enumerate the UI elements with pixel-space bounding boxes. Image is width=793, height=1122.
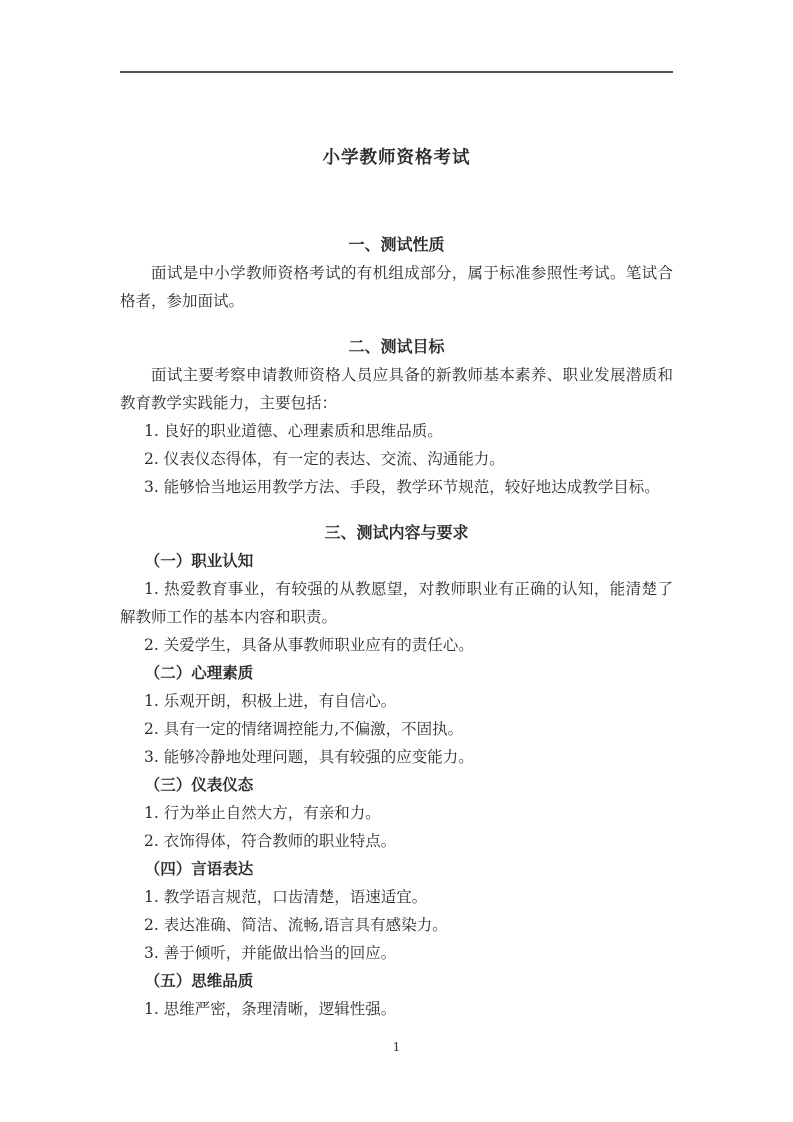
subsection-heading: （二）心理素质 [120,659,673,687]
subsection-heading: （三）仪表仪态 [120,771,673,799]
list-item: 3. 善于倾听，并能做出恰当的回应。 [120,939,673,967]
list-item: 2. 表达准确、简洁、流畅,语言具有感染力。 [120,911,673,939]
list-item: 1. 良好的职业道德、心理素质和思维品质。 [120,417,673,445]
header-rule [120,71,673,73]
list-item: 1. 教学语言规范，口齿清楚，语速适宜。 [120,883,673,911]
sections: 一、测试性质面试是中小学教师资格考试的有机组成部分，属于标准参照性考试。笔试合格… [120,231,673,1023]
list-item: 2. 关爱学生，具备从事教师职业应有的责任心。 [120,631,673,659]
paragraph: 面试是中小学教师资格考试的有机组成部分，属于标准参照性考试。笔试合格者，参加面试… [120,259,673,315]
page-number: 1 [0,1038,793,1056]
list-item: 2. 具有一定的情绪调控能力,不偏激，不固执。 [120,715,673,743]
list-item: 3. 能够冷静地处理问题，具有较强的应变能力。 [120,743,673,771]
section-heading: 三、测试内容与要求 [120,519,673,547]
list-item: 2. 仪表仪态得体，有一定的表达、交流、沟通能力。 [120,445,673,473]
section: 三、测试内容与要求（一）职业认知1. 热爱教育事业，有较强的从教愿望，对教师职业… [120,519,673,1023]
list-item: 2. 衣饰得体，符合教师的职业特点。 [120,827,673,855]
list-item: 1. 乐观开朗，积极上进，有自信心。 [120,687,673,715]
list-item: 3. 能够恰当地运用教学方法、手段，教学环节规范，较好地达成教学目标。 [120,473,673,501]
list-item: 1. 行为举止自然大方，有亲和力。 [120,799,673,827]
document-title: 小学教师资格考试 [120,144,673,172]
document-page: 小学教师资格考试 一、测试性质面试是中小学教师资格考试的有机组成部分，属于标准参… [0,0,793,1122]
subsection-heading: （一）职业认知 [120,547,673,575]
section-heading: 一、测试性质 [120,231,673,259]
list-item: 1. 思维严密，条理清晰，逻辑性强。 [120,995,673,1023]
subsection-heading: （四）言语表达 [120,855,673,883]
list-item: 1. 热爱教育事业，有较强的从教愿望，对教师职业有正确的认知，能清楚了解教师工作… [120,575,673,631]
paragraph: 面试主要考察申请教师资格人员应具备的新教师基本素养、职业发展潜质和教育教学实践能… [120,361,673,417]
section: 一、测试性质面试是中小学教师资格考试的有机组成部分，属于标准参照性考试。笔试合格… [120,231,673,315]
subsection-heading: （五）思维品质 [120,967,673,995]
section: 二、测试目标面试主要考察申请教师资格人员应具备的新教师基本素养、职业发展潜质和教… [120,333,673,501]
section-heading: 二、测试目标 [120,333,673,361]
